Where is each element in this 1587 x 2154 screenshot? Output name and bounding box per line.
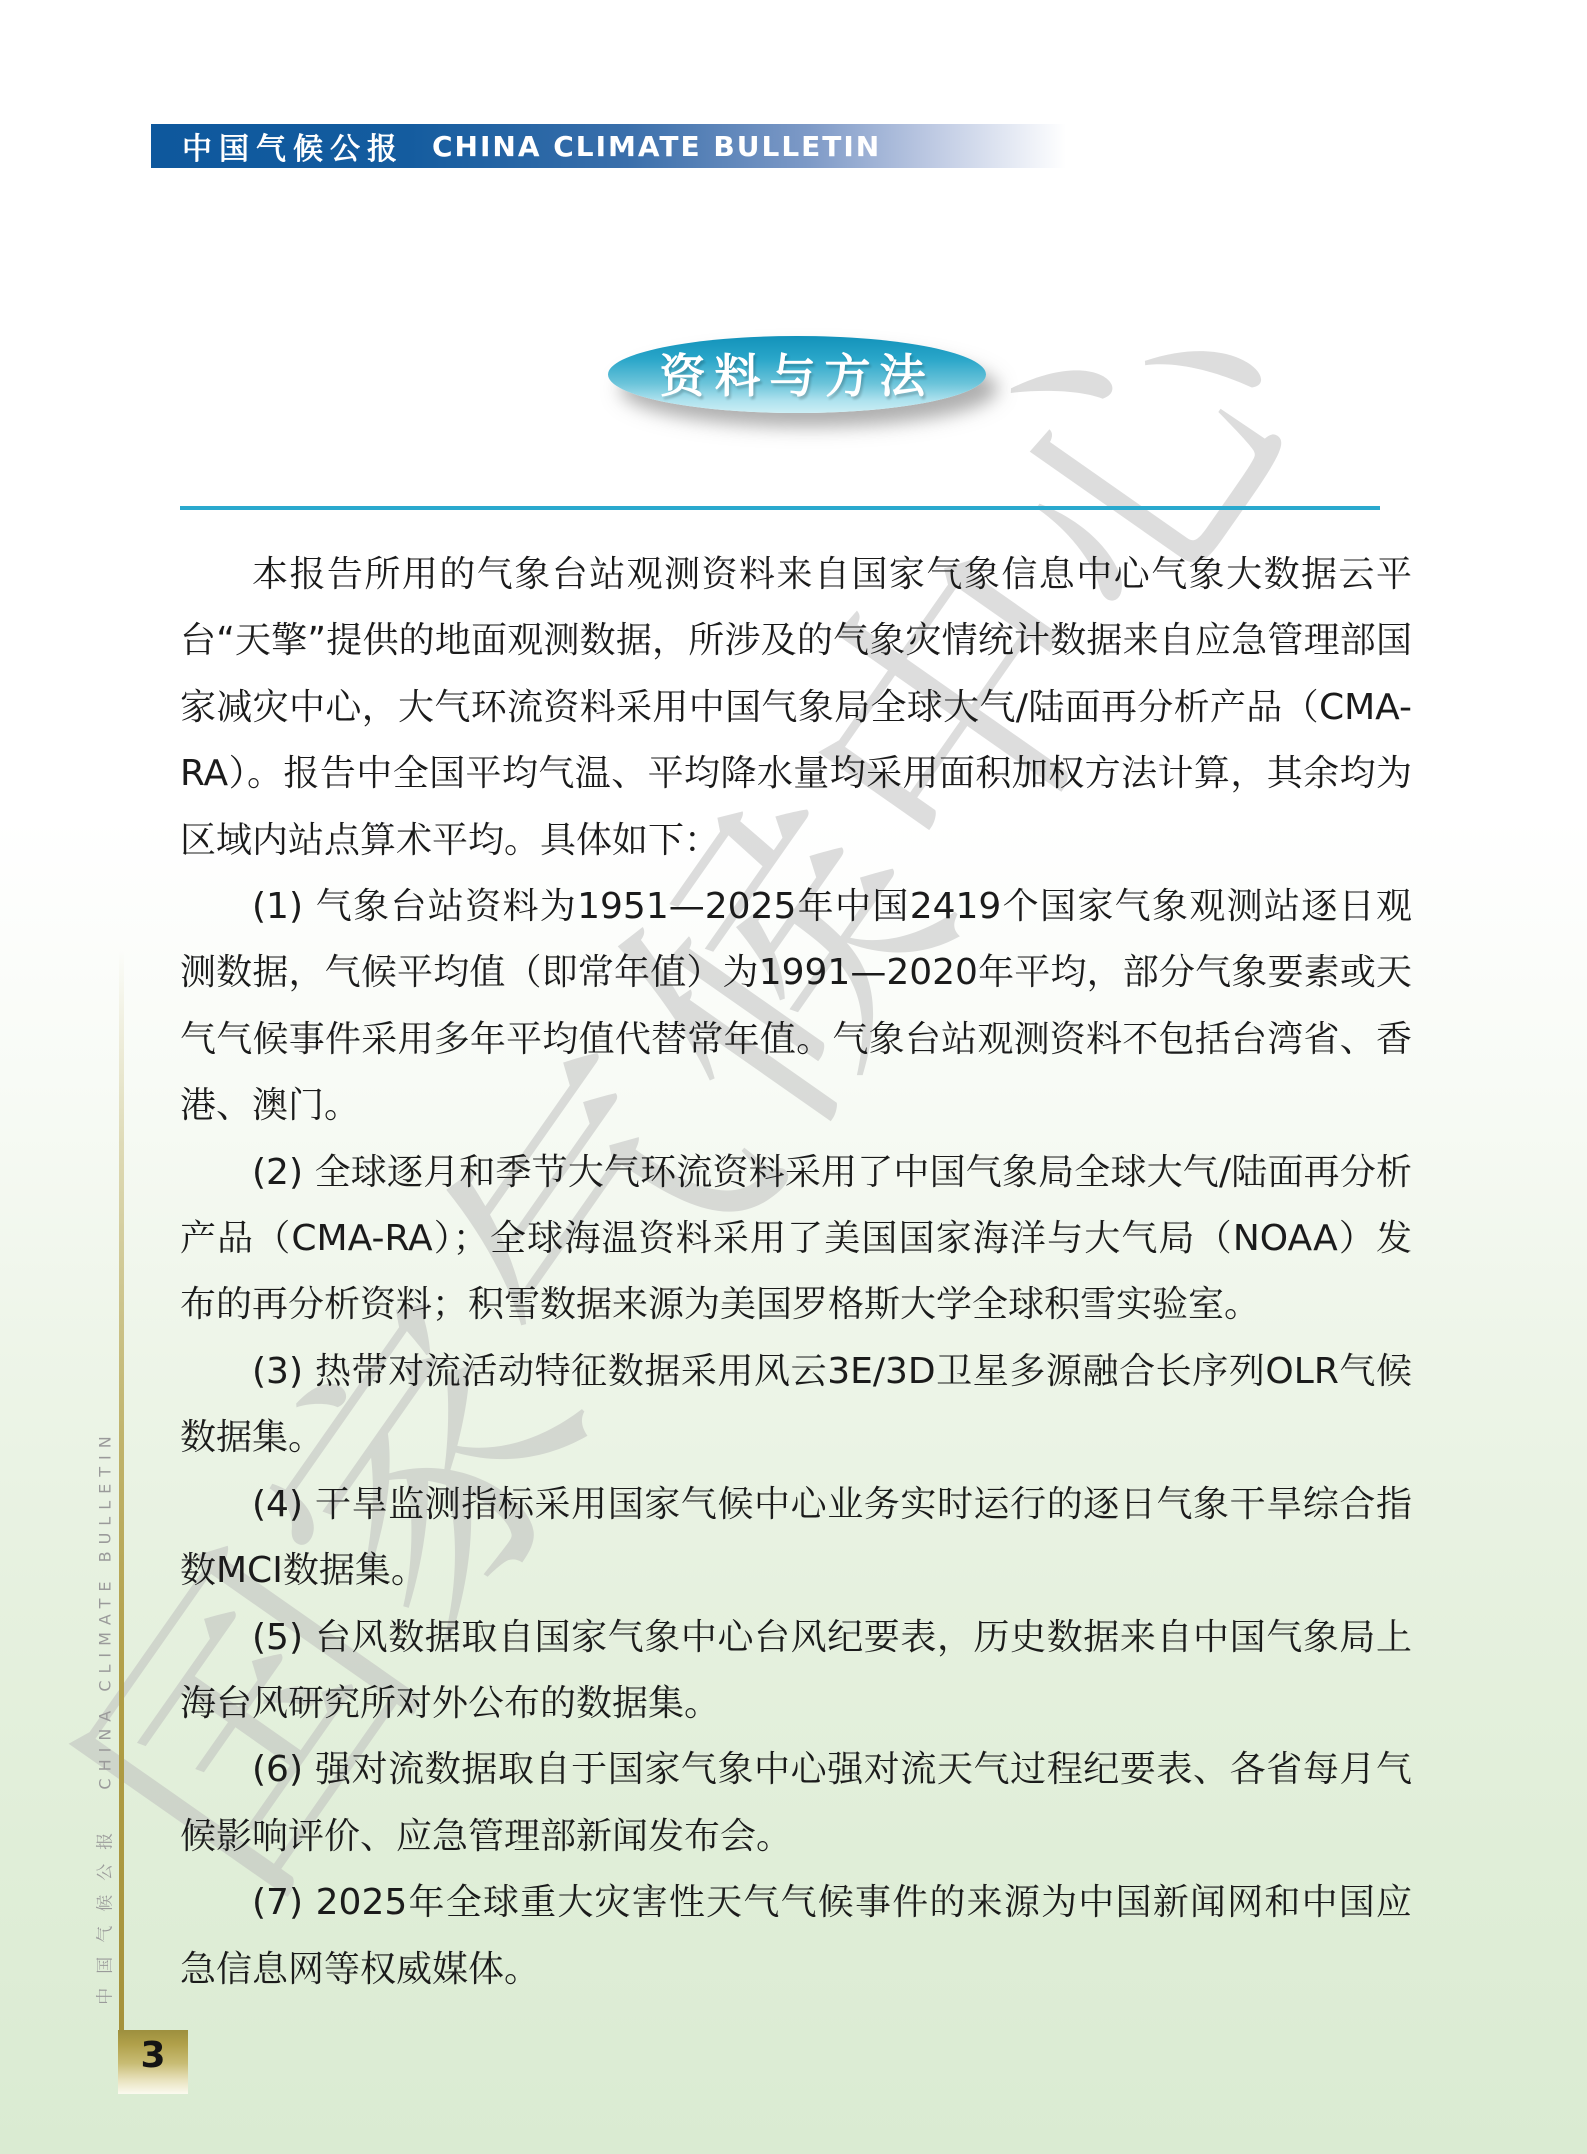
paragraph-item-1: (1) 气象台站资料为1951—2025年中国2419个国家气象观测站逐日观测数… [180,874,1412,1140]
section-divider-rule [180,506,1380,510]
body-text: 本报告所用的气象台站观测资料来自国家气象信息中心气象大数据云平台“天擎”提供的地… [180,542,1412,2003]
header-title-zh: 中国气候公报 [182,124,404,168]
paragraph-item-2: (2) 全球逐月和季节大气环流资料采用了中国气象局全球大气/陆面再分析产品（CM… [180,1140,1412,1339]
sidebar-caption-en: CHINA CLIMATE BULLETIN [96,1429,115,1789]
sidebar-vertical-caption: 中国气候公报 CHINA CLIMATE BULLETIN [91,1429,116,2004]
header-title-en: CHINA CLIMATE BULLETIN [432,130,881,163]
paragraph-item-3: (3) 热带对流活动特征数据采用风云3E/3D卫星多源融合长序列OLR气候数据集… [180,1339,1412,1472]
gold-accent-line [119,950,124,2030]
header-bar: 中国气候公报 CHINA CLIMATE BULLETIN [151,124,1066,168]
paragraph-intro: 本报告所用的气象台站观测资料来自国家气象信息中心气象大数据云平台“天擎”提供的地… [180,542,1412,874]
sidebar-caption-zh: 中国气候公报 [96,1819,116,2005]
paragraph-item-4: (4) 干旱监测指标采用国家气候中心业务实时运行的逐日气象干旱综合指数MCI数据… [180,1472,1412,1605]
page-number: 3 [140,2030,165,2082]
section-badge-label: 资料与方法 [660,340,935,406]
paragraph-item-7: (7) 2025年全球重大灾害性天气气候事件的来源为中国新闻网和中国应急信息网等… [180,1870,1412,2003]
section-badge: 资料与方法 [608,336,986,413]
paragraph-item-6: (6) 强对流数据取自于国家气象中心强对流天气过程纪要表、各省每月气候影响评价、… [180,1737,1412,1870]
page-number-box: 3 [118,2030,188,2094]
paragraph-item-5: (5) 台风数据取自国家气象中心台风纪要表，历史数据来自中国气象局上海台风研究所… [180,1605,1412,1738]
bulletin-page: 中国气候公报 CHINA CLIMATE BULLETIN 国家气候中心 资料与… [0,0,1587,2154]
